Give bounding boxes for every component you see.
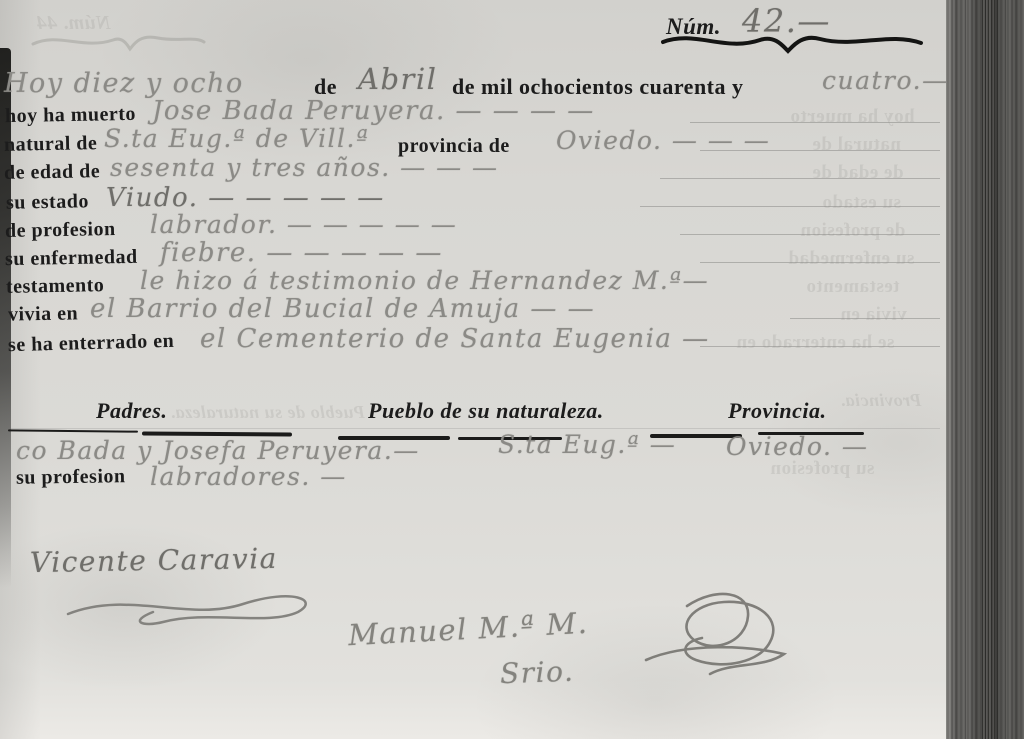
- signature-witness: Vicente Caravia: [30, 542, 278, 579]
- field-label-estado: su estado: [6, 190, 89, 214]
- ruled-line: [660, 178, 940, 179]
- table-row-pueblo: S.ta Eug.ª —: [498, 430, 676, 459]
- table-rule: [10, 428, 940, 429]
- ruled-line: [700, 346, 940, 347]
- table-header-pueblo: Pueblo de su naturaleza.: [368, 398, 604, 424]
- date-day-hand: Hoy diez y ocho: [4, 68, 244, 99]
- bleed-label: de edad de: [812, 162, 904, 184]
- table-header-padres: Padres.: [96, 398, 167, 424]
- signature-secretary-title: Srio.: [499, 655, 574, 691]
- death-record-page: Núm. 44 Núm. 42.— Hoy diez y ocho de Abr…: [0, 0, 1024, 739]
- date-year-hand: cuatro.—: [822, 66, 949, 95]
- table-row-padres: co Bada y Josefa Peruyera.—: [16, 436, 420, 465]
- bleed-table-header: Pueblo de su naturaleza.: [170, 402, 365, 423]
- ruled-line: [790, 318, 940, 319]
- book-page-edge: [946, 0, 1024, 739]
- signature-secretary-rubric: [632, 584, 802, 694]
- bleed-label: testamento: [806, 276, 900, 298]
- bleed-label: su profesion: [770, 458, 874, 480]
- field-value-muerto: Jose Bada Peruyera. — — — —: [152, 96, 595, 126]
- signature-secretary: Manuel M.ª M.: [347, 606, 589, 653]
- ruled-line: [680, 234, 940, 235]
- table-profesion-value: labradores. —: [150, 462, 347, 491]
- table-row-provincia: Oviedo. —: [726, 432, 868, 461]
- table-underline: [8, 429, 138, 432]
- ruled-line: [690, 122, 940, 123]
- table-header-provincia: Provincia.: [728, 398, 827, 424]
- bleed-table-header: Provincia.: [840, 390, 922, 411]
- bleed-label: vivia en: [840, 304, 907, 326]
- ruled-line: [700, 262, 940, 263]
- bleed-label: su estado: [822, 192, 901, 214]
- date-month-hand: Abril: [358, 62, 437, 96]
- bleed-flourish: [28, 30, 208, 54]
- ruled-line: [700, 150, 940, 151]
- num-flourish: [655, 30, 930, 56]
- field-label-enterrado: se ha enterrado en: [8, 330, 175, 357]
- bleed-label: se ha enterrado en: [736, 332, 894, 354]
- signature-witness-rubric: [58, 582, 348, 634]
- bleed-label: natural de: [812, 134, 901, 156]
- field-value-enfermedad: fiebre. — — — — —: [160, 238, 443, 268]
- field-value-natural: S.ta Eug.ª de Vill.ª: [104, 124, 369, 153]
- table-profesion-label: su profesion: [16, 465, 126, 490]
- field-label-edad: de edad de: [4, 160, 101, 185]
- ruled-line: [640, 206, 940, 207]
- bleed-label: hoy ha muerto: [790, 106, 915, 128]
- field-label-profesion: de profesion: [5, 218, 116, 243]
- field-label-vivia: vivia en: [8, 302, 79, 326]
- field-value-testamento: le hizo á testimonio de Hernandez M.ª—: [140, 266, 709, 295]
- field-label-natural: natural de: [4, 132, 98, 157]
- field-label-enfermedad: su enfermedad: [5, 246, 138, 271]
- field-value-vivia: el Barrio del Bucial de Amuja — —: [90, 294, 595, 324]
- field-value-edad: sesenta y tres años. — — —: [110, 153, 499, 182]
- bleed-label: de profesion: [800, 220, 905, 242]
- field-value-estado: Viudo. — — — — —: [106, 183, 385, 213]
- field-value-enterrado: el Cementerio de Santa Eugenia —: [200, 324, 710, 354]
- bleed-label: su enfermedad: [788, 248, 914, 270]
- field-value-profesion: labrador. — — — — —: [150, 210, 457, 239]
